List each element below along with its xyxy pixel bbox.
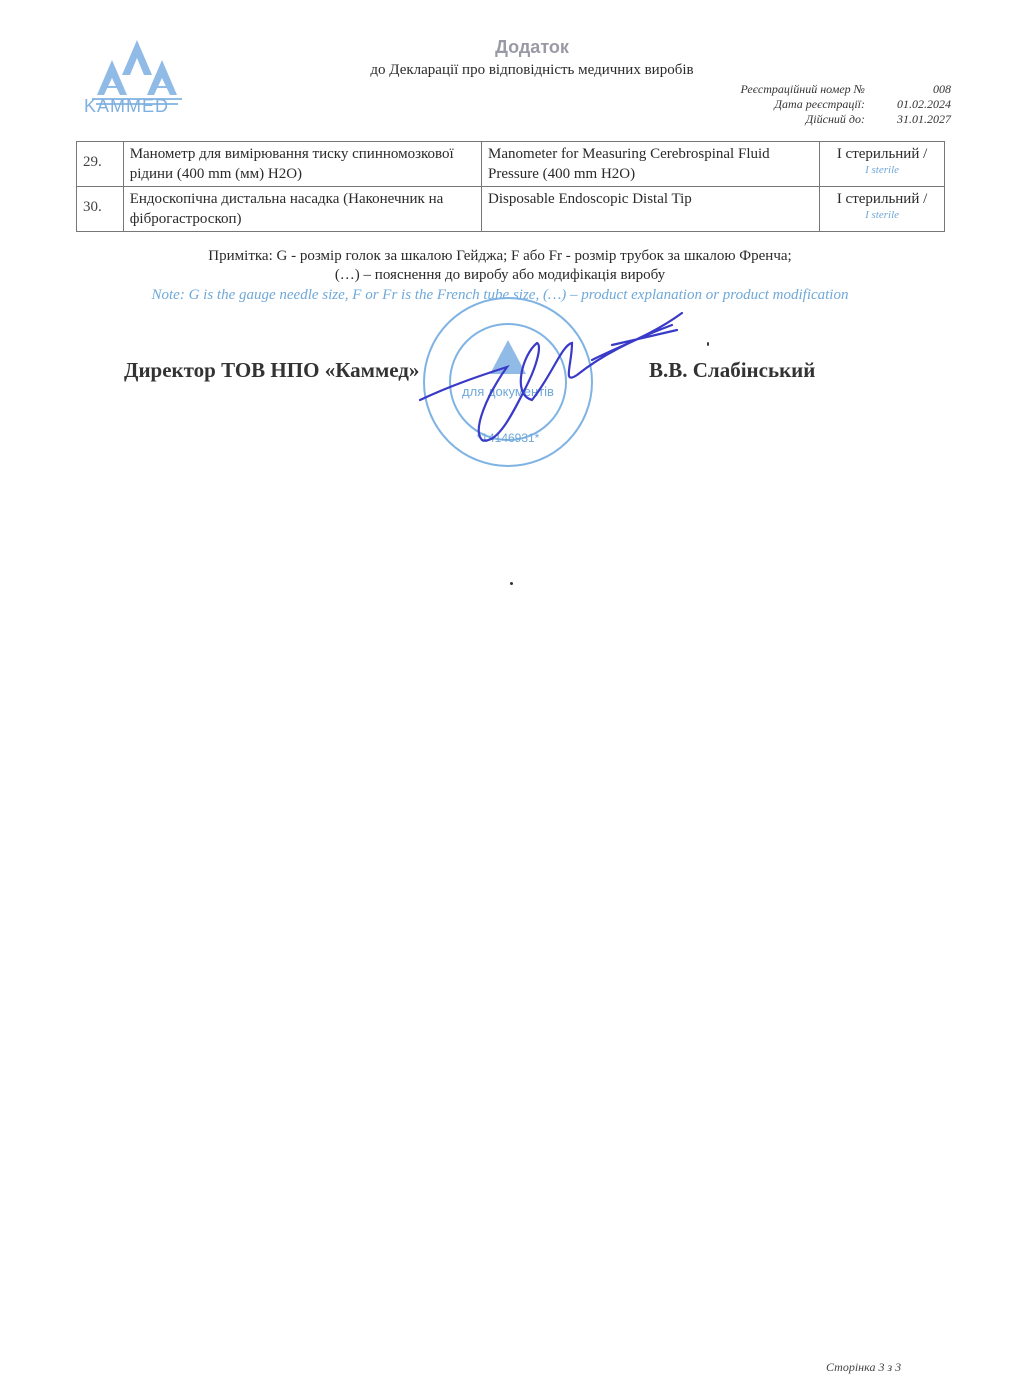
- meta-valid-until: Дійсний до: 31.01.2027: [740, 112, 951, 127]
- document-subtitle: до Декларації про відповідність медичних…: [0, 62, 1021, 79]
- page-number: Сторінка 3 з 3: [826, 1360, 901, 1375]
- device-name-en: Manometer for Measuring Cerebrospinal Fl…: [482, 142, 820, 187]
- scan-speck: [510, 582, 513, 585]
- meta-reg-date: Дата реєстрації: 01.02.2024: [740, 97, 951, 112]
- device-class: I стерильний / I sterile: [820, 142, 945, 187]
- registration-meta: Реєстраційний номер № 008 Дата реєстраці…: [740, 82, 951, 127]
- document-title: Додаток: [0, 37, 1021, 58]
- devices-table: 29. Манометр для вимірювання тиску спинн…: [76, 141, 945, 232]
- signatory-position: Директор ТОВ НПО «Каммед»: [124, 358, 419, 383]
- scan-speck: [707, 342, 709, 346]
- table-row: 29. Манометр для вимірювання тиску спинн…: [77, 142, 945, 187]
- handwritten-signature-icon: [412, 305, 702, 455]
- note-ua-line2: (…) – пояснення до виробу або модифікаці…: [0, 266, 1000, 285]
- row-number: 29.: [77, 142, 124, 187]
- device-name-ua: Ендоскопічна дистальна насадка (Наконечн…: [123, 187, 481, 232]
- note-ua-line1: Примітка: G - розмір голок за шкалою Гей…: [0, 247, 1000, 266]
- logo-text: KAMMED: [84, 96, 169, 117]
- device-name-en: Disposable Endoscopic Distal Tip: [482, 187, 820, 232]
- device-name-ua: Манометр для вимірювання тиску спинномоз…: [123, 142, 481, 187]
- row-number: 30.: [77, 187, 124, 232]
- meta-reg-number: Реєстраційний номер № 008: [740, 82, 951, 97]
- device-class: I стерильний / I sterile: [820, 187, 945, 232]
- table-row: 30. Ендоскопічна дистальна насадка (Нако…: [77, 187, 945, 232]
